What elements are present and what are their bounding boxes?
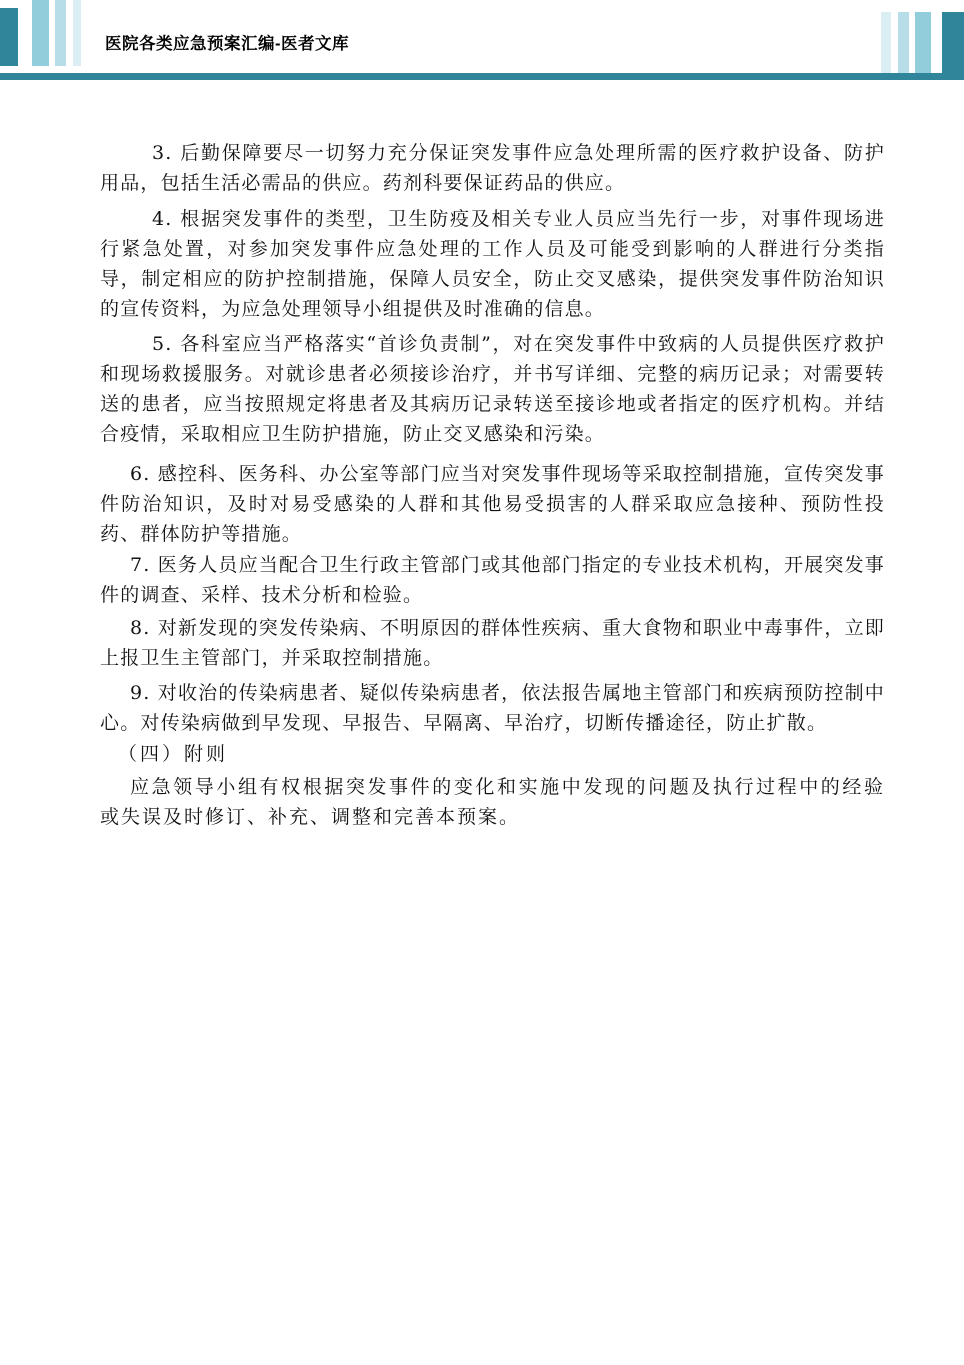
closing-paragraph: 应急领导小组有权根据突发事件的变化和实施中发现的问题及执行过程中的经验或失误及时… [100, 772, 885, 832]
paragraph-4: 4. 根据突发事件的类型，卫生防疫及相关专业人员应当先行一步，对事件现场进行紧急… [100, 204, 885, 324]
header-left-bar-dark [0, 8, 18, 66]
page-header: 医院各类应急预案汇编-医者文库 [0, 0, 964, 80]
paragraph-3: 3. 后勤保障要尽一切努力充分保证突发事件应急处理所需的医疗救护设备、防护用品，… [100, 138, 885, 198]
paragraph-6: 6. 感控科、医务科、办公室等部门应当对突发事件现场等采取控制措施，宣传突发事件… [100, 459, 885, 549]
paragraph-5: 5. 各科室应当严格落实“首诊负责制”，对在突发事件中致病的人员提供医疗救护和现… [100, 329, 885, 449]
header-left-bar-medium [32, 0, 49, 66]
header-rule [0, 73, 964, 80]
section-heading: （四）附则 [100, 739, 885, 769]
paragraph-7: 7. 医务人员应当配合卫生行政主管部门或其他部门指定的专业技术机构，开展突发事件… [100, 550, 885, 610]
header-right-bar-medium [915, 12, 931, 77]
header-left-bar-light [55, 0, 66, 66]
header-right-bar-lightest [881, 12, 891, 77]
header-right-bar-dark [942, 12, 964, 80]
document-page: 医院各类应急预案汇编-医者文库 3. 后勤保障要尽一切努力充分保证突发事件应急处… [0, 0, 964, 1365]
header-right-bar-light [898, 12, 909, 77]
document-body: 3. 后勤保障要尽一切努力充分保证突发事件应急处理所需的医疗救护设备、防护用品，… [0, 80, 964, 832]
header-left-bar-lightest [73, 0, 81, 66]
paragraph-8: 8. 对新发现的突发传染病、不明原因的群体性疾病、重大食物和职业中毒事件，立即上… [100, 613, 885, 673]
paragraph-9: 9. 对收治的传染病患者、疑似传染病患者，依法报告属地主管部门和疾病预防控制中心… [100, 678, 885, 738]
document-title: 医院各类应急预案汇编-医者文库 [105, 30, 349, 54]
